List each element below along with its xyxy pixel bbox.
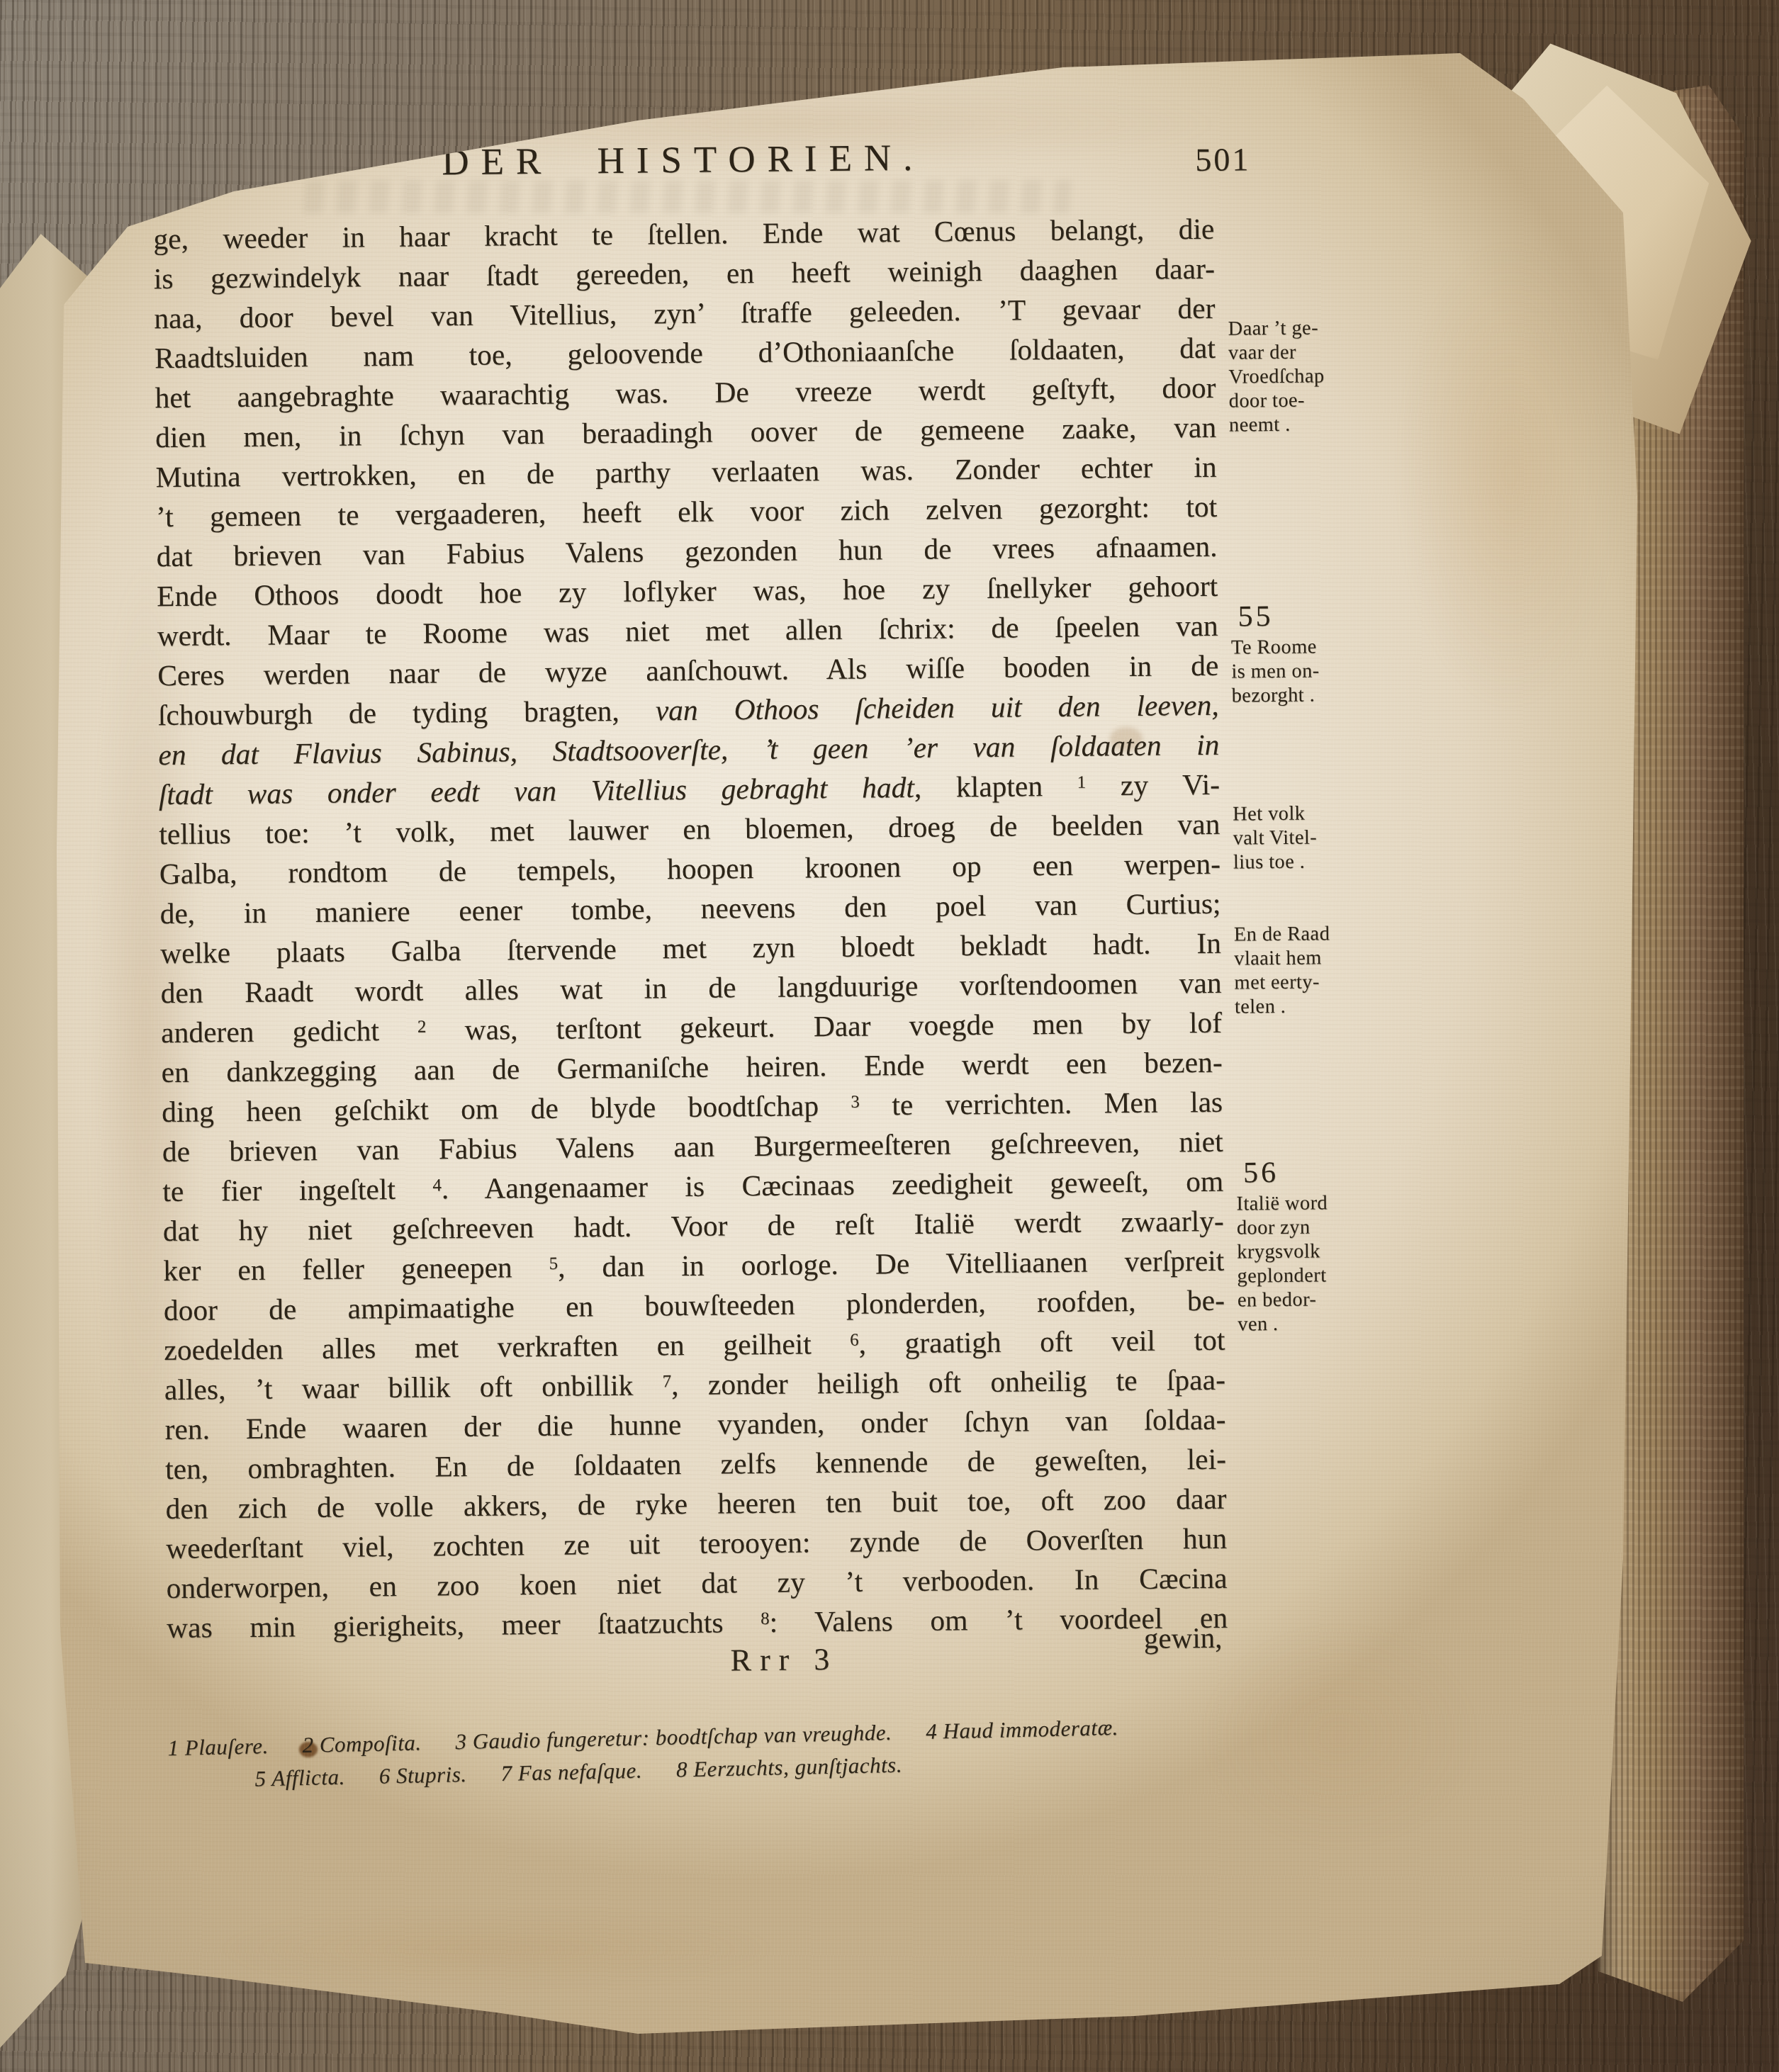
margin-note: 55Te Roomeis men on-bezorght . [1230,599,1451,709]
printed-text-block: DER HISTORIEN. 501 ge, weeder in haar kr… [152,130,1229,1791]
margin-note-line: krygsvolk [1237,1239,1457,1265]
margin-note-line: Vroedſchap [1228,364,1448,390]
footnotes: 1 Plauſere. 2 Compoſita. 3 Gaudio funger… [167,1709,1230,1798]
page-number: 501 [1195,140,1251,179]
margin-note-line: Te Roome [1231,634,1451,660]
paper-stain [149,1899,843,1998]
margin-note-line: door toe- [1228,388,1448,414]
margin-note: En de Raadvlaait hemmet eerty-telen . [1234,921,1454,1020]
margin-note-line: geplondert [1237,1263,1457,1289]
margin-note-line: door zyn [1237,1215,1457,1241]
margin-note-line: met eerty- [1234,969,1454,996]
margin-note-line: is men on- [1231,658,1451,685]
margin-note-line: neemt . [1229,412,1449,438]
margin-note: Daar ’t ge-vaar derVroedſchapdoor toe-ne… [1228,315,1449,438]
running-title: DER HISTORIEN. [152,130,1214,186]
margin-note-line: vaar der [1228,339,1448,366]
margin-note-line: bezorght . [1231,682,1451,709]
margin-note-line: Italië word [1236,1190,1456,1217]
margin-note-line: en bedor- [1238,1287,1457,1313]
margin-note: Het volkvalt Vitel-lius toe . [1233,801,1453,875]
margin-note-line: valt Vitel- [1233,825,1452,851]
margin-note-line: vlaait hem [1234,945,1454,972]
margin-note-number: 55 [1238,599,1450,634]
catchword: gewin, [1144,1621,1223,1655]
margin-note-line: ven . [1238,1311,1457,1337]
margin-note-number: 56 [1243,1155,1456,1190]
margin-note-line: En de Raad [1234,921,1454,947]
margin-note-line: Het volk [1233,801,1452,827]
margin-note: 56Italië worddoor zynkrygsvolkgeplondert… [1236,1155,1457,1337]
page-header: DER HISTORIEN. 501 [152,130,1214,219]
margin-note-line: telen . [1235,993,1454,1020]
signature-mark: Rrr 3 [730,1641,838,1678]
book-photo: DER HISTORIEN. 501 ge, weeder in haar kr… [0,0,1779,2072]
book-page: DER HISTORIEN. 501 ge, weeder in haar kr… [50,43,1651,2041]
margin-note-line: lius toe . [1233,849,1453,875]
body-text: ge, weeder in haar kracht te ſtellen. En… [153,209,1228,1648]
margin-note-line: Daar ’t ge- [1228,315,1448,342]
